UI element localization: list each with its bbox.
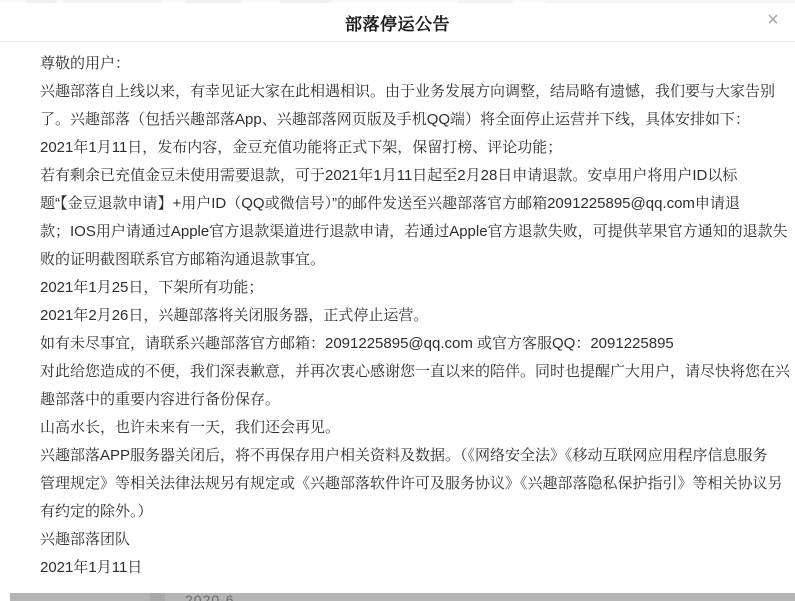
- announcement-line: 题“【金豆退款申请】+用户ID（QQ或微信号）”的邮件发送至兴趣部落官方邮箱20…: [40, 190, 755, 218]
- announcement-line: 如有未尽事宜，请联系兴趣部落官方邮箱：2091225895@qq.com 或官方…: [40, 330, 755, 358]
- announcement-line: 2021年2月26日，兴趣部落将关闭服务器，正式停止运营。: [40, 302, 755, 330]
- scrollbar-fragment: [150, 593, 165, 601]
- announcement-line: 2021年1月11日: [40, 554, 755, 582]
- background-row-text: 2020-6: [185, 593, 235, 601]
- announcement-line: 2021年1月11日，发布内容，金豆充值功能将正式下架，保留打榜、评论功能；: [40, 134, 755, 162]
- announcement-body: 尊敬的用户：兴趣部落自上线以来，有幸见证大家在此相遇相识。由于业务发展方向调整，…: [0, 42, 795, 582]
- announcement-line: 山高水长，也许未来有一天，我们还会再见。: [40, 414, 755, 442]
- announcement-line: 趣部落中的重要内容进行备份保存。: [40, 386, 755, 414]
- announcement-line: 管理规定》等相关法律法规另有规定或《兴趣部落软件许可及服务协议》《兴趣部落隐私保…: [40, 470, 755, 498]
- announcement-line: 对此给您造成的不便，我们深表歉意，并再次衷心感谢您一直以来的陪伴。同时也提醒广大…: [40, 358, 755, 386]
- dim-overlay-bar: 2020-6: [10, 593, 795, 601]
- announcement-line: 有约定的除外。）: [40, 498, 755, 526]
- announcement-line: 兴趣部落自上线以来，有幸见证大家在此相遇相识。由于业务发展方向调整，结局略有遗憾…: [40, 78, 755, 106]
- screen: { "dialog": { "title": "部落停运公告", "close_…: [0, 0, 795, 601]
- announcement-line: 若有剩余已充值金豆未使用需要退款，可于2021年1月11日起至2月28日申请退款…: [40, 162, 755, 190]
- announcement-line: 兴趣部落团队: [40, 526, 755, 554]
- backdrop-bottom-strip: 2020-6: [0, 593, 795, 601]
- shutdown-announcement-dialog: 部落停运公告 × 尊敬的用户：兴趣部落自上线以来，有幸见证大家在此相遇相识。由于…: [0, 3, 795, 593]
- announcement-line: 兴趣部落APP服务器关闭后，将不再保存用户相关资料及数据。（《网络安全法》《移动…: [40, 442, 755, 470]
- close-icon[interactable]: ×: [762, 9, 784, 31]
- dialog-title: 部落停运公告: [345, 10, 450, 35]
- announcement-line: 尊敬的用户：: [40, 50, 755, 78]
- dialog-header: 部落停运公告 ×: [0, 3, 795, 42]
- announcement-line: 败的证明截图联系官方邮箱沟通退款事宜。: [40, 246, 755, 274]
- announcement-line: 了。兴趣部落（包括兴趣部落App、兴趣部落网页版及手机QQ端）将全面停止运营并下…: [40, 106, 755, 134]
- announcement-line: 款；IOS用户请通过Apple官方退款渠道进行退款申请，若通过Apple官方退款…: [40, 218, 755, 246]
- announcement-line: 2021年1月25日，下架所有功能；: [40, 274, 755, 302]
